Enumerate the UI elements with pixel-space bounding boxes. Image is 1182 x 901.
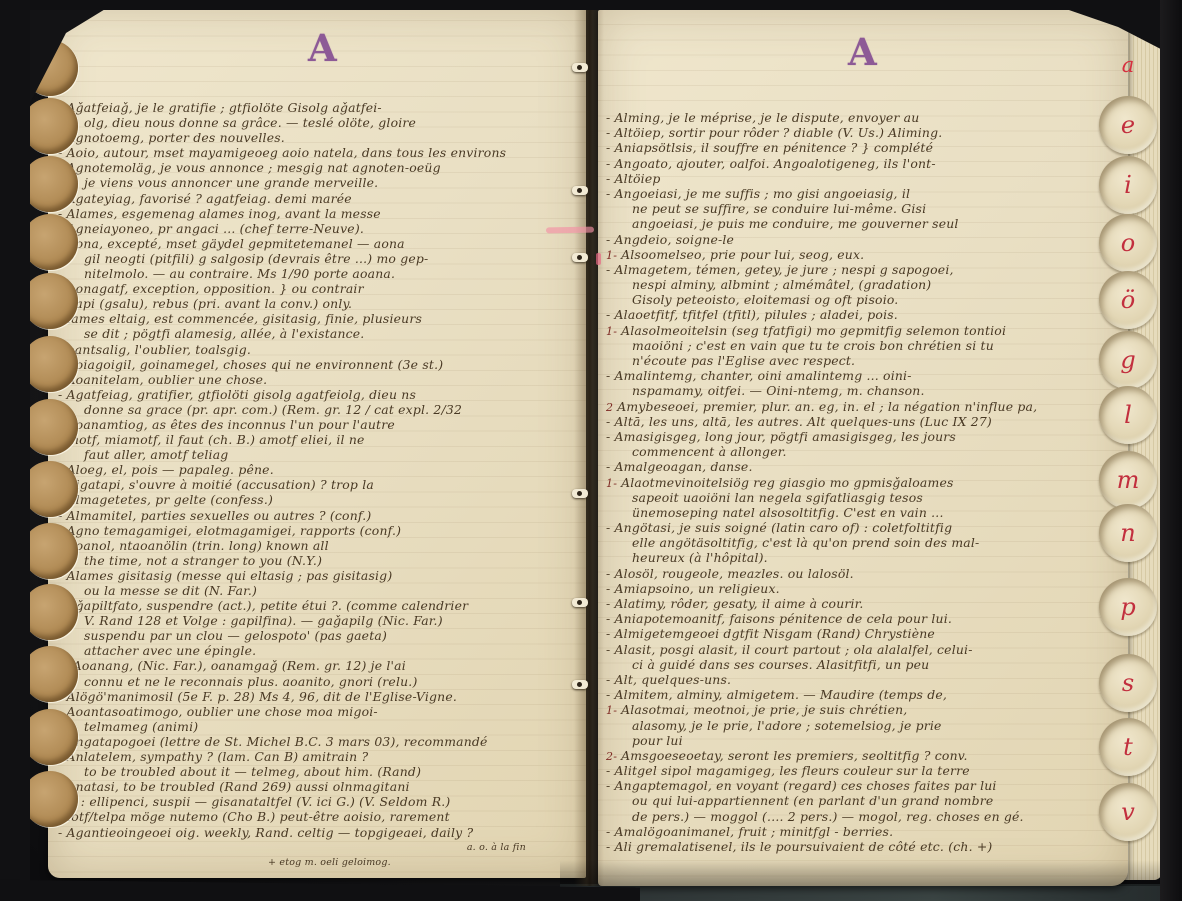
entry-line: 1-Alasolmeoitelsin (seg tfatfigi) mo gep… (606, 323, 1116, 338)
entry-text: Alasolmeoitelsin (seg tfatfigi) mo gepmi… (621, 323, 1006, 338)
entry-text: Anapi (gsalu), rebus (pri. avant la conv… (58, 296, 352, 311)
entry-text: - Almamitel, parties sexuelles ou autres… (58, 508, 371, 523)
entry-text: - Aoio, autour, mset mayamigeoeg aoio na… (58, 145, 506, 160)
section-stamp-right: A (848, 30, 878, 74)
entry-text: ünemoseping natel alsosoltitfig. C'est e… (632, 505, 944, 520)
index-notch (22, 399, 78, 455)
entry-line: - Agnotemoläg, je vous annonce ; mesgig … (58, 160, 586, 175)
entry-line: nitelmolo. — au contraire. Ms 1/90 porte… (58, 266, 586, 281)
entry-text: - Agatfeiag, gratifier, gtfiolöti gisolg… (58, 387, 416, 402)
entry-text: - Alaoetfitf, tfitfel (tfitl), pilules ;… (606, 307, 898, 322)
index-notch (22, 709, 78, 765)
entry-text: donne sa grace (pr. apr. com.) (Rem. gr.… (84, 402, 462, 417)
entry-line: de pers.) — moggol (.... 2 pers.) — mogo… (606, 809, 1116, 824)
entry-text: heureux (à l'hôpital). (632, 550, 768, 565)
entry-text: suspendu par un clou — gelospoto' (pas g… (84, 628, 387, 643)
entry-line: - Angötasi, je suis soigné (latin caro o… (606, 520, 1116, 535)
entry-text: - Amalögoanimanel, fruit ; minitfgl - be… (606, 824, 893, 839)
entry-text: V. Rand 128 et Volge : gapilfina). — gaǧ… (84, 613, 443, 628)
entry-line: to be troubled about it — telmeg, about … (58, 764, 586, 779)
entry-text: - Altöiep (606, 171, 661, 186)
entry-text: to be troubled about it — telmeg, about … (84, 764, 421, 779)
entry-line: gil neogti (pitfili) g salgosip (devrais… (58, 251, 586, 266)
entry-line: - Aoiagoigil, goinamegel, choses qui ne … (58, 357, 586, 372)
entry-text: - Agnotoemg, porter des nouvelles. (58, 130, 285, 145)
entry-text: alasomy, je le prie, l'adore ; sotemelsi… (632, 718, 942, 733)
entry-text: + etog m. oeli geloimog. (268, 857, 391, 868)
entry-line: Anapi (gsalu), rebus (pri. avant la conv… (58, 296, 586, 311)
entry-text: + Aoanang, (Nic. Far.), oanamgaǧ (Rem. g… (58, 658, 406, 673)
entry-marker: 1- (606, 325, 617, 338)
entry-line: 1-Alaotmevinoitelsiög reg giasgio mo gpm… (606, 475, 1116, 490)
tab-letter: t (1123, 733, 1133, 761)
entry-line: - Aloeg, el, pois — papaleg. pêne. (58, 462, 586, 477)
entry-text: - Anlatelem, sympathy ? (lam. Can B) ami… (58, 749, 368, 764)
pink-margin-mark (596, 253, 601, 265)
entry-text: nspamamy, oitfei. — Oini-ntemg, m. chans… (632, 383, 925, 398)
entry-text: - Alames, esgemenag alames inog, avant l… (58, 206, 381, 221)
tab-letter: s (1122, 669, 1134, 697)
entry-line: - Alames gisitasig (messe qui eltasig ; … (58, 568, 586, 583)
tab-letter: i (1124, 171, 1132, 199)
entry-text: Alotf/telpa möge nutemo (Cho B.) peut-êt… (58, 809, 450, 824)
entry-line: 2-Amsgoeseoetay, seront les premiers, se… (606, 748, 1116, 763)
entry-text: - Alosöl, rougeole, meazles. ou lalosöl. (606, 566, 854, 581)
tab-letter: v (1121, 798, 1135, 826)
entry-line: Amotf, miamotf, il faut (ch. B.) amotf e… (58, 432, 586, 447)
entry-line: nspamamy, oitfei. — Oini-ntemg, m. chans… (606, 383, 1116, 398)
entry-text: Amotf, miamotf, il faut (ch. B.) amotf e… (58, 432, 365, 447)
entry-line: - Aǧapiltfato, suspendre (act.), petite … (58, 598, 586, 613)
entry-text: - Aonagatf, exception, opposition. } ou … (58, 281, 364, 296)
entry-text: - Angoato, ajouter, oalfoi. Angoalotigen… (606, 156, 936, 171)
entry-line: - Agantieoingeoei oig. weekly, Rand. cel… (58, 825, 586, 840)
entry-line: - Ali gremalatisenel, ils le poursuivaie… (606, 839, 1116, 854)
tab-letter: a (1122, 53, 1135, 77)
entry-line: - Agnotoemg, porter des nouvelles. (58, 130, 586, 145)
entry-line: - Almamitel, parties sexuelles ou autres… (58, 508, 586, 523)
entry-text: je viens vous annoncer une grande mervei… (84, 175, 378, 190)
entry-line: - Aoantasoatimogo, oublier une chose moa… (58, 704, 586, 719)
entry-marker: 1- (606, 477, 617, 490)
entry-text: - Aǧapiltfato, suspendre (act.), petite … (58, 598, 468, 613)
entry-text: Amybeseoei, premier, plur. an. eg, in. e… (617, 399, 1037, 414)
entry-text: - Alt, quelques-uns. (606, 672, 731, 687)
entry-text: - Aoiagoigil, goinamegel, choses qui ne … (58, 357, 443, 372)
entry-text: attacher avec une épingle. (84, 643, 256, 658)
entry-line: - Amalögoanimanel, fruit ; minitfgl - be… (606, 824, 1116, 839)
entry-line: - Alitgel sipol magamigeg, les fleurs co… (606, 763, 1116, 778)
entry-line: - Angaptemagol, en voyant (regard) ces c… (606, 778, 1116, 793)
entry-marker: 2 (606, 401, 613, 414)
entry-line: faut aller, amotf teliag (58, 447, 586, 462)
entry-line: alasomy, je le prie, l'adore ; sotemelsi… (606, 718, 1116, 733)
entry-text: - Angdeio, soigne-le (606, 232, 734, 247)
entry-line: - Agno temagamigei, elotmagamigei, rappo… (58, 523, 586, 538)
thumb-tab-o: o (1099, 214, 1157, 272)
index-notch (22, 156, 78, 212)
entry-line: + etog m. oeli geloimog. (58, 855, 586, 870)
entry-line: - Aniapsötlsis, il souffre en pénitence … (606, 140, 1116, 155)
stitch-thread (572, 63, 588, 72)
entry-line: Alotf/telpa möge nutemo (Cho B.) peut-êt… (58, 809, 586, 824)
entry-text: nespi alminy, albmint ; almémâtel, (grad… (632, 277, 931, 292)
entry-text: - Almigetemgeoei dgtfit Nisgam (Rand) Ch… (606, 626, 935, 641)
entry-line: n'écoute pas l'Eglise avec respect. (606, 353, 1116, 368)
entry-text: ou la messe se dit (N. Far.) (84, 583, 257, 598)
entry-marker: 1- (606, 704, 617, 717)
entry-text: - Agno temagamigei, elotmagamigei, rappo… (58, 523, 401, 538)
entry-text: - Angaptemagol, en voyant (regard) ces c… (606, 778, 997, 793)
entry-line: - Alasit, posgi alasit, il court partout… (606, 642, 1116, 657)
entry-line: - Aona, excepté, mset gäydel gepmitetema… (58, 236, 586, 251)
entry-line: - Angatapogoei (lettre de St. Michel B.C… (58, 734, 586, 749)
thumb-tab-m: m (1099, 451, 1157, 509)
tab-letter: ö (1121, 286, 1135, 314)
entry-text: - Agnotemoläg, je vous annonce ; mesgig … (58, 160, 441, 175)
entry-line: - Alögö'manimosil (5e F. p. 28) Ms 4, 96… (58, 689, 586, 704)
entry-line: ünemoseping natel alsosoltitfig. C'est e… (606, 505, 1116, 520)
tab-letter: e (1121, 111, 1135, 139)
entry-text: commencent à allonger. (632, 444, 787, 459)
entry-line: - Aoanamtiog, as êtes des inconnus l'un … (58, 417, 586, 432)
tab-letter: n (1120, 519, 1135, 547)
entry-line: telmameg (animi) (58, 719, 586, 734)
entry-text: - Agateyiag, favorisé ? agatfeiag. demi … (58, 191, 352, 206)
entry-line: - Angdeio, soigne-le (606, 232, 1116, 247)
entry-line: - Aǧatfeiaǧ, je le gratifie ; gtfiolöte … (58, 100, 586, 115)
entry-text: Alames eltaig, est commencée, gisitasig,… (58, 311, 422, 326)
entry-line: - Agateyiag, favorisé ? agatfeiag. demi … (58, 191, 586, 206)
entry-text: - Amalgeoagan, danse. (606, 459, 753, 474)
entry-text: - Amiapsoino, un religieux. (606, 581, 780, 596)
right-page-entries: - Alming, je le méprise, je le dispute, … (606, 110, 1116, 854)
entry-line: V. Rand 128 et Volge : gapilfina). — gaǧ… (58, 613, 586, 628)
thumb-tab-t: t (1099, 718, 1157, 776)
entry-text: - Alming, je le méprise, je le dispute, … (606, 110, 919, 125)
entry-text: - Amalintemg, chanter, oini amalintemg .… (606, 368, 912, 383)
entry-text: Alasotmai, meotnoi, je prie, je suis chr… (621, 702, 907, 717)
entry-text: de pers.) — moggol (.... 2 pers.) — mogo… (632, 809, 1024, 824)
entry-text: - Agneiayoneo, pr angaci ... (chef terre… (58, 221, 364, 236)
tab-letter: o (1121, 229, 1135, 257)
thumb-tab-i: i (1099, 156, 1157, 214)
entry-line: - Angoato, ajouter, oalfoi. Angoalotigen… (606, 156, 1116, 171)
entry-text: - Aǧatfeiaǧ, je le gratifie ; gtfiolöte … (58, 100, 382, 115)
entry-text: se dit ; pögtfi alamesig, allée, à l'exi… (84, 326, 364, 341)
entry-line: 2Amybeseoei, premier, plur. an. eg, in. … (606, 399, 1116, 414)
entry-text: - Alatimy, rôder, gesaty, il aime à cour… (606, 596, 864, 611)
entry-text: telmameg (animi) (84, 719, 198, 734)
entry-text: - Aoanol, ntaoanölin (trin. long) known … (58, 538, 329, 553)
entry-text: - Amasigisgeg, long jour, pögtfi amasigi… (606, 429, 956, 444)
entry-line: pour lui (606, 733, 1116, 748)
entry-text: ci à guidé dans ses courses. Alasitfitfi… (632, 657, 929, 672)
entry-line: suspendu par un clou — gelospoto' (pas g… (58, 628, 586, 643)
entry-text: - Angötasi, je suis soigné (latin caro o… (606, 520, 952, 535)
entry-line: - Amalgeoagan, danse. (606, 459, 1116, 474)
entry-text: nitelmolo. — au contraire. Ms 1/90 porte… (84, 266, 395, 281)
entry-line: - Altöiep, sortir pour rôder ? diable (V… (606, 125, 1116, 140)
entry-line: 1-Alasotmai, meotnoi, je prie, je suis c… (606, 702, 1116, 717)
entry-line: Gisoly peteoisto, eloitemasi og oft piso… (606, 292, 1116, 307)
cover-top-edge (0, 0, 1182, 10)
entry-line: - Aoanol, ntaoanölin (trin. long) known … (58, 538, 586, 553)
index-notch (22, 584, 78, 640)
entry-line: - Alming, je le méprise, je le dispute, … (606, 110, 1116, 125)
entry-text: olg, dieu nous donne sa grâce. — teslé o… (84, 115, 416, 130)
entry-text: - Aniapotemoanitf, faisons pénitence de … (606, 611, 952, 626)
index-notch (22, 646, 78, 702)
index-notch (22, 214, 78, 270)
entry-line: - Almagetem, témen, getey, je jure ; nes… (606, 262, 1116, 277)
thumb-tab-n: n (1099, 504, 1157, 562)
entry-text: - Aoantasoatimogo, oublier une chose moa… (58, 704, 378, 719)
entry-line: 1-Alsoomelseo, prie pour lui, seog, eux. (606, 247, 1116, 262)
entry-line: maoiöni ; c'est en vain que tu te crois … (606, 338, 1116, 353)
tab-letter: l (1124, 401, 1132, 429)
thumb-tab-g: g (1099, 331, 1157, 389)
entry-text: - Aoanitelam, oublier une chose. (58, 372, 267, 387)
table-surface (560, 884, 1182, 901)
entry-line: - Agatfeiag, gratifier, gtfiolöti gisolg… (58, 387, 586, 402)
entry-text: - Alögö'manimosil (5e F. p. 28) Ms 4, 96… (58, 689, 457, 704)
entry-line: - Amiapsoino, un religieux. (606, 581, 1116, 596)
entry-line: - Aniapotemoanitf, faisons pénitence de … (606, 611, 1116, 626)
entry-text: - Angatapogoei (lettre de St. Michel B.C… (58, 734, 488, 749)
entry-line: a. o. à la fin (58, 840, 586, 855)
entry-line: - Anlatelem, sympathy ? (lam. Can B) ami… (58, 749, 586, 764)
entry-line: - Almitem, alminy, almigetem. — Maudire … (606, 687, 1116, 702)
entry-text: maoiöni ; c'est en vain que tu te crois … (632, 338, 994, 353)
entry-text: - Alasit, posgi alasit, il court partout… (606, 642, 973, 657)
bottom-shadow (560, 860, 1160, 886)
thumb-tab-a: a (1099, 36, 1157, 94)
entry-line: se dit ; pögtfi alamesig, allée, à l'exi… (58, 326, 586, 341)
thumb-tab-e: e (1099, 96, 1157, 154)
entry-text: Amsgoeseoetay, seront les premiers, seol… (621, 748, 968, 763)
entry-line: ci à guidé dans ses courses. Alasitfitfi… (606, 657, 1116, 672)
cover-right-edge (1160, 0, 1182, 901)
entry-text: - Angoeiasi, je me suffis ; mo gisi ango… (606, 186, 910, 201)
index-notch (22, 771, 78, 827)
entry-text: - Altöiep, sortir pour rôder ? diable (V… (606, 125, 942, 140)
entry-text: angoeiasi, je puis me conduire, me gouve… (632, 216, 959, 231)
entry-line: + Aoanang, (Nic. Far.), oanamgaǧ (Rem. g… (58, 658, 586, 673)
entry-text: - Aloeg, el, pois — papaleg. pêne. (58, 462, 274, 477)
entry-line: commencent à allonger. (606, 444, 1116, 459)
entry-line: +6 : ellipenci, suspii — gisanataltfel (… (58, 794, 586, 809)
entry-line: - Alt, quelques-uns. (606, 672, 1116, 687)
entry-line: - Alatimy, rôder, gesaty, il aime à cour… (606, 596, 1116, 611)
entry-line: - Aoio, autour, mset mayamigeoeg aoio na… (58, 145, 586, 160)
entry-text: sapeoit uaoiöni lan negela sgifatliasgig… (632, 490, 923, 505)
entry-text: the time, not a stranger to you (N.Y.) (84, 553, 322, 568)
entry-line: je viens vous annoncer une grande mervei… (58, 175, 586, 190)
cover-left-edge (0, 0, 30, 901)
entry-text: n'écoute pas l'Eglise avec respect. (632, 353, 855, 368)
entry-line: ou la messe se dit (N. Far.) (58, 583, 586, 598)
left-page-entries: - Aǧatfeiaǧ, je le gratifie ; gtfiolöte … (58, 100, 586, 870)
entry-line: donne sa grace (pr. apr. com.) (Rem. gr.… (58, 402, 586, 417)
tab-letter: g (1120, 346, 1135, 374)
entry-line: attacher avec une épingle. (58, 643, 586, 658)
index-notch (22, 336, 78, 392)
tab-letter: p (1120, 593, 1135, 621)
entry-line: - Anatasi, to be troubled (Rand 269) aus… (58, 779, 586, 794)
thumb-tab-ö: ö (1099, 271, 1157, 329)
entry-line: - Altöiep (606, 171, 1116, 186)
entry-text: elle angötäsoltitfig, c'est là qu'on pre… (632, 535, 979, 550)
entry-line: nespi alminy, albmint ; almémâtel, (grad… (606, 277, 1116, 292)
thumb-tab-v: v (1099, 783, 1157, 841)
entry-text: - Agantieoingeoei oig. weekly, Rand. cel… (58, 825, 473, 840)
entry-text: - Aniapsötlsis, il souffre en pénitence … (606, 140, 933, 155)
entry-text: - Almagetem, témen, getey, je jure ; nes… (606, 262, 954, 277)
entry-line: sapeoit uaoiöni lan negela sgifatliasgig… (606, 490, 1116, 505)
index-notch (22, 523, 78, 579)
entry-line: Aoantsalig, l'oublier, toalsgig. (58, 342, 586, 357)
entry-line: - Alaoetfitf, tfitfel (tfitl), pilules ;… (606, 307, 1116, 322)
entry-text: - Aona, excepté, mset gäydel gepmitetema… (58, 236, 405, 251)
entry-line: - Amalintemg, chanter, oini amalintemg .… (606, 368, 1116, 383)
entry-text: Gisoly peteoisto, eloitemasi og oft piso… (632, 292, 898, 307)
entry-text: - Alames gisitasig (messe qui eltasig ; … (58, 568, 392, 583)
section-stamp-left: A (308, 26, 338, 70)
entry-line: elle angötäsoltitfig, c'est là qu'on pre… (606, 535, 1116, 550)
index-notch (22, 273, 78, 329)
entry-line: Alames eltaig, est commencée, gisitasig,… (58, 311, 586, 326)
entry-line: - Altā, les uns, altā, les autres. Alt q… (606, 414, 1116, 429)
entry-text: - Altā, les uns, altā, les autres. Alt q… (606, 414, 992, 429)
entry-line: - Aigatapi, s'ouvre à moitié (accusation… (58, 477, 586, 492)
entry-line: - Aoanitelam, oublier une chose. (58, 372, 586, 387)
entry-text: a. o. à la fin (467, 842, 526, 853)
entry-line: - Aonagatf, exception, opposition. } ou … (58, 281, 586, 296)
entry-text: Aoantsalig, l'oublier, toalsgig. (58, 342, 251, 357)
entry-text: - Anatasi, to be troubled (Rand 269) aus… (58, 779, 410, 794)
entry-text: - Almitem, alminy, almigetem. — Maudire … (606, 687, 947, 702)
entry-marker: 2- (606, 750, 617, 763)
entry-line: - Amasigisgeg, long jour, pögtfi amasigi… (606, 429, 1116, 444)
tab-letter: m (1117, 466, 1140, 494)
thumb-tab-s: s (1099, 654, 1157, 712)
entry-text: - Aigatapi, s'ouvre à moitié (accusation… (58, 477, 374, 492)
entry-marker: 1- (606, 249, 617, 262)
entry-line: olg, dieu nous donne sa grâce. — teslé o… (58, 115, 586, 130)
entry-line: - Alames, esgemenag alames inog, avant l… (58, 206, 586, 221)
entry-text: faut aller, amotf teliag (84, 447, 228, 462)
entry-line: - Agneiayoneo, pr angaci ... (chef terre… (58, 221, 586, 236)
entry-text: - Aoanamtiog, as êtes des inconnus l'un … (58, 417, 395, 432)
entry-text: ne peut se suffire, se conduire lui-même… (632, 201, 926, 216)
entry-line: ne peut se suffire, se conduire lui-même… (606, 201, 1116, 216)
entry-line: angoeiasi, je puis me conduire, me gouve… (606, 216, 1116, 231)
entry-text: - Ali gremalatisenel, ils le poursuivaie… (606, 839, 992, 854)
entry-text: - Almagetetes, pr gelte (confess.) (58, 492, 273, 507)
entry-line: ou qui lui-appartiennent (en parlant d'u… (606, 793, 1116, 808)
entry-text: pour lui (632, 733, 683, 748)
entry-text: - Alitgel sipol magamigeg, les fleurs co… (606, 763, 970, 778)
entry-line: heureux (à l'hôpital). (606, 550, 1116, 565)
entry-text: connu et ne le reconnais plus. aoanito, … (84, 674, 417, 689)
index-notch (22, 461, 78, 517)
entry-line: the time, not a stranger to you (N.Y.) (58, 553, 586, 568)
entry-text: Alaotmevinoitelsiög reg giasgio mo gpmis… (621, 475, 953, 490)
entry-text: ou qui lui-appartiennent (en parlant d'u… (632, 793, 993, 808)
thumb-tab-l: l (1099, 386, 1157, 444)
entry-line: - Alosöl, rougeole, meazles. ou lalosöl. (606, 566, 1116, 581)
entry-text: +6 : ellipenci, suspii — gisanataltfel (… (58, 794, 450, 809)
entry-text: gil neogti (pitfili) g salgosip (devrais… (84, 251, 428, 266)
index-notch (22, 98, 78, 154)
entry-text: Alsoomelseo, prie pour lui, seog, eux. (621, 247, 864, 262)
entry-line: connu et ne le reconnais plus. aoanito, … (58, 674, 586, 689)
entry-line: - Angoeiasi, je me suffis ; mo gisi ango… (606, 186, 1116, 201)
entry-line: - Almagetetes, pr gelte (confess.) (58, 492, 586, 507)
entry-line: - Almigetemgeoei dgtfit Nisgam (Rand) Ch… (606, 626, 1116, 641)
thumb-tab-p: p (1099, 578, 1157, 636)
